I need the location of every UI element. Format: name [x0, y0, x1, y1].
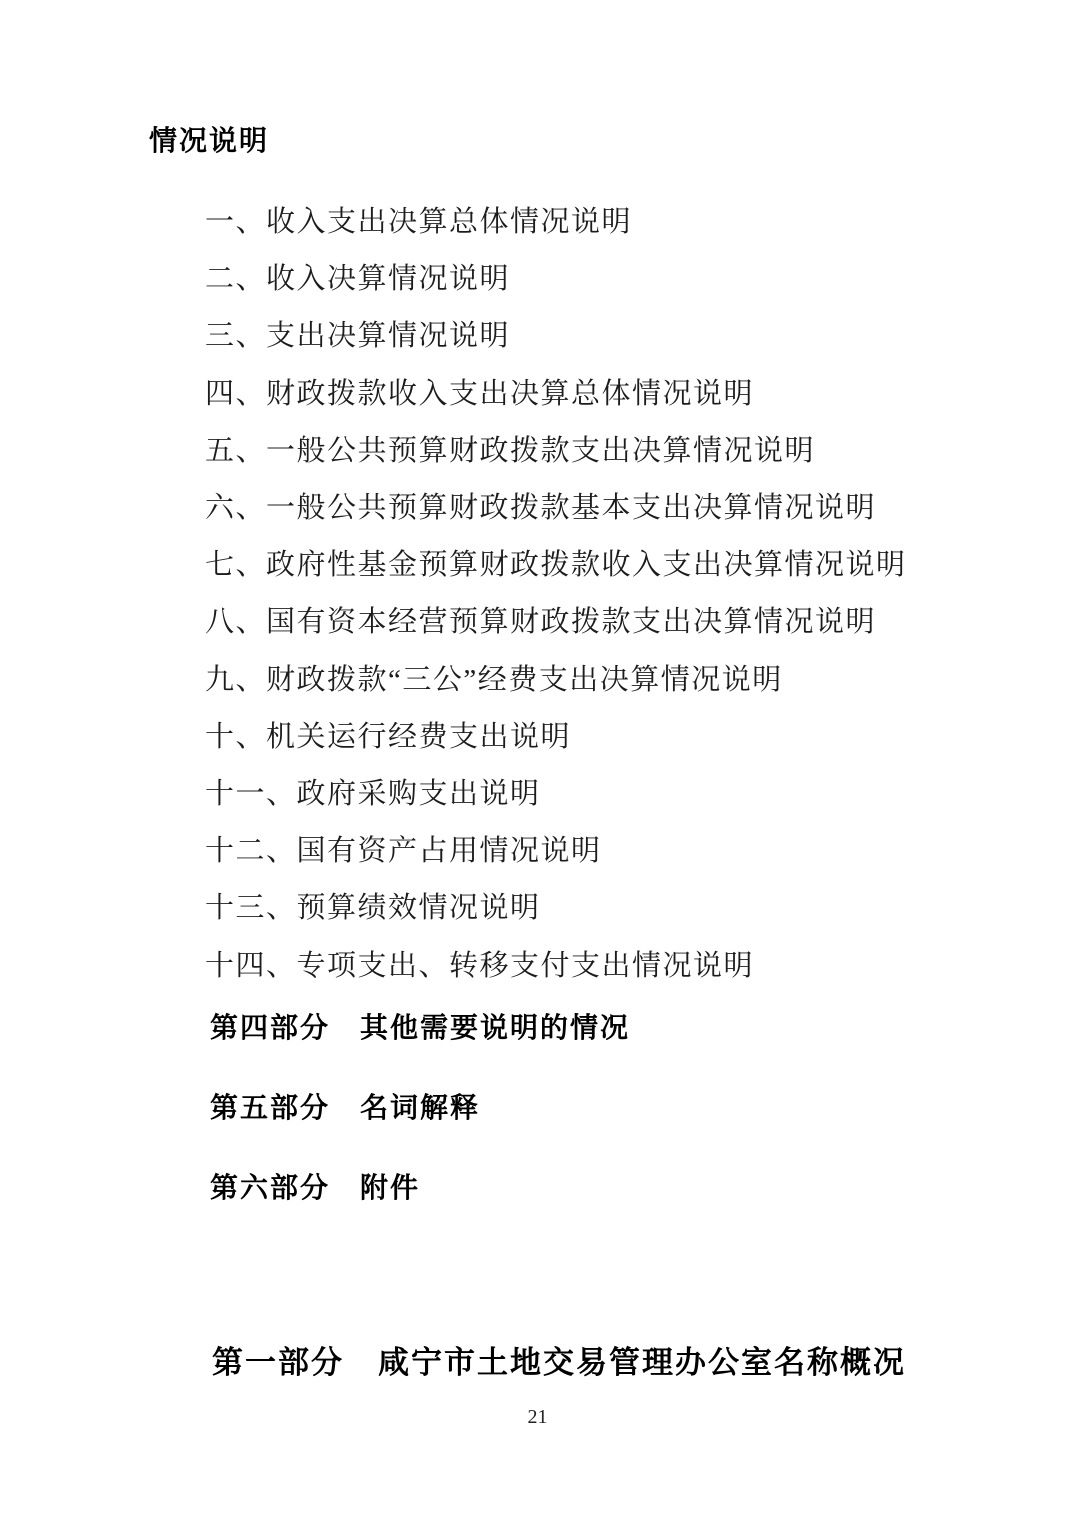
toc-item: 一、收入支出决算总体情况说明: [205, 194, 907, 251]
toc-item: 十一、政府采购支出说明: [205, 766, 907, 823]
section-label: 第一部分: [212, 1345, 344, 1380]
section-title: 咸宁市土地交易管理办公室名称概况: [378, 1345, 906, 1380]
document-page: 情况说明 一、收入支出决算总体情况说明 二、收入决算情况说明 三、支出决算情况说…: [0, 0, 1075, 1520]
section-title: 附件: [360, 1172, 420, 1203]
section-heading-part6: 第六部分附件: [210, 1171, 420, 1204]
section-title: 名词解释: [360, 1092, 480, 1123]
toc-item: 十三、预算绩效情况说明: [205, 880, 907, 937]
toc-list: 一、收入支出决算总体情况说明 二、收入决算情况说明 三、支出决算情况说明 四、财…: [205, 194, 907, 995]
section-heading-part4: 第四部分其他需要说明的情况: [210, 1011, 630, 1044]
toc-item: 十二、国有资产占用情况说明: [205, 823, 907, 880]
section-label: 第六部分: [210, 1172, 330, 1203]
toc-item: 三、支出决算情况说明: [205, 308, 907, 365]
toc-item: 八、国有资本经营预算财政拨款支出决算情况说明: [205, 594, 907, 651]
section-label: 第四部分: [210, 1012, 330, 1043]
toc-item: 十四、专项支出、转移支付支出情况说明: [205, 938, 907, 995]
section-title: 其他需要说明的情况: [360, 1012, 630, 1043]
section-heading-part1: 第一部分咸宁市土地交易管理办公室名称概况: [212, 1344, 906, 1382]
page-number: 21: [0, 1404, 1075, 1430]
toc-item: 四、财政拨款收入支出决算总体情况说明: [205, 366, 907, 423]
toc-item: 十、机关运行经费支出说明: [205, 709, 907, 766]
toc-item: 六、一般公共预算财政拨款基本支出决算情况说明: [205, 480, 907, 537]
section-label: 第五部分: [210, 1092, 330, 1123]
toc-item: 二、收入决算情况说明: [205, 251, 907, 308]
toc-item: 五、一般公共预算财政拨款支出决算情况说明: [205, 423, 907, 480]
toc-item: 七、政府性基金预算财政拨款收入支出决算情况说明: [205, 537, 907, 594]
toc-item: 九、财政拨款“三公”经费支出决算情况说明: [205, 652, 907, 709]
section-heading-part5: 第五部分名词解释: [210, 1091, 480, 1124]
section-heading-fragment: 情况说明: [149, 124, 269, 158]
